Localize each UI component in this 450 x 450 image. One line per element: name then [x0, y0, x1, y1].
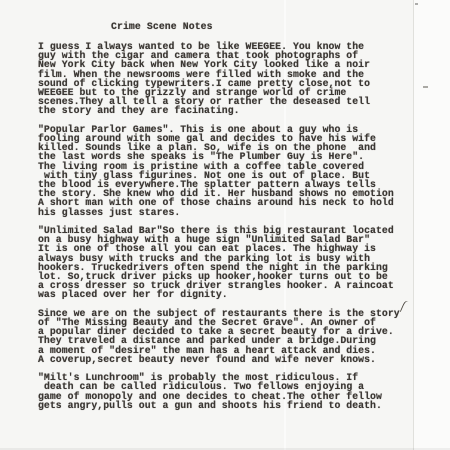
paragraph-unlimited-salad-bar: "Unlimited Salad Bar"So there is this bi…: [38, 226, 430, 300]
paragraph-popular-parlor-games: "Popular Parlor Games". This is one abou…: [38, 125, 430, 217]
stray-dash-mark: [423, 86, 428, 88]
document-body: I guess I always wanted to be like WEEGE…: [38, 42, 430, 419]
page-title: Crime Scene Notes: [111, 21, 213, 32]
paragraph-milts-lunchroom: "Milt's Lunchroom" is probably the most …: [38, 373, 430, 410]
scan-speck: [415, 3, 418, 5]
scanned-typewritten-page: Crime Scene Notes I guess I always wante…: [0, 0, 450, 450]
paragraph-weegee-intro: I guess I always wanted to be like WEEGE…: [38, 42, 430, 116]
paragraph-missing-beauty-secret-grave: Since we are on the subject of restauran…: [38, 309, 430, 364]
